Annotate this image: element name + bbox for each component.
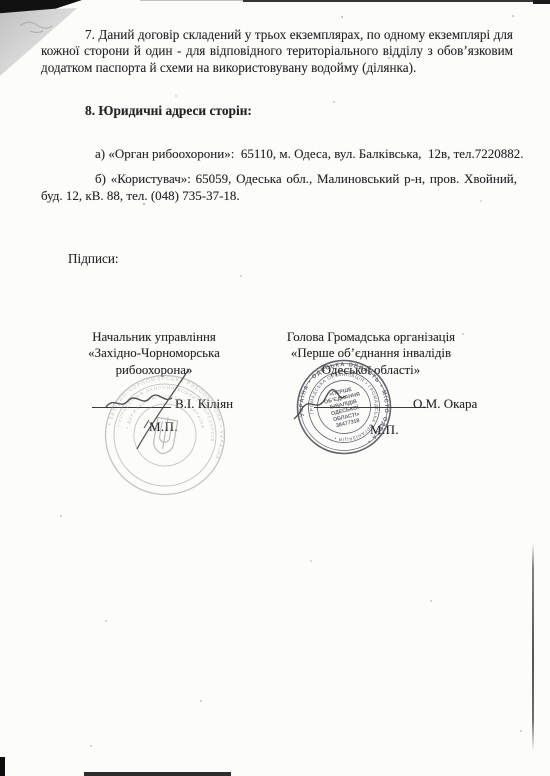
left-signatory-name: В.І. Кіліян — [175, 396, 233, 412]
right-title-line-1: Голова Громадська організація — [282, 329, 460, 345]
document-page: 7. Даний договір складений у трьох екзем… — [0, 0, 550, 776]
scan-top-right-mark — [533, 0, 550, 4]
section-8-heading: 8. Юридичні адреси сторін: — [85, 103, 252, 119]
left-round-stamp: • ЗАХІДНО-ЧОРНОМОРСЬКА РИБООХОРОНА • УКР… — [102, 372, 228, 498]
scan-top-edge-faint-line — [140, 0, 248, 1]
scan-bottom-edge-band — [84, 772, 231, 776]
right-title-line-2: «Перше об’єднання інвалідів — [282, 345, 460, 361]
svg-text:ОБЛАСТІ»: ОБЛАСТІ» — [333, 411, 361, 423]
right-signatory-name: О.М. Окара — [413, 396, 477, 412]
right-signature-line — [314, 394, 426, 408]
left-title-line-2: «Західно-Чорноморська — [72, 345, 236, 361]
right-seal-note: М.П. — [370, 422, 399, 438]
address-item-a: а) «Орган рибоохорони»: 65110, м. Одеса,… — [95, 146, 524, 162]
signatures-label: Підписи: — [68, 251, 119, 267]
right-title-line-3: Одеської області» — [282, 362, 460, 378]
scan-top-edge-dark-line — [243, 0, 550, 2]
left-seal-note: М.П. — [149, 419, 178, 435]
right-signatory-title: Голова Громадська організація «Перше об’… — [282, 329, 460, 378]
left-signature-line — [92, 394, 171, 408]
left-title-line-3: рибоохорона» — [72, 362, 236, 378]
svg-text:38477318: 38477318 — [335, 418, 360, 429]
address-item-b: б) «Користувач»: 65059, Одеська обл., Ма… — [41, 170, 517, 204]
handwriting-overlay — [0, 0, 550, 776]
scan-bottom-left-mark — [0, 757, 5, 776]
scan-right-edge-line — [532, 543, 534, 751]
left-stamp-outer-ring-text: • ЗАХІДНО-ЧОРНОМОРСЬКА РИБООХОРОНА • УКР… — [104, 372, 228, 461]
scan-corner-scratch — [16, 14, 68, 36]
paragraph-7: 7. Даний договір складений у трьох екзем… — [41, 27, 513, 76]
left-signatory-title: Начальник управління «Західно-Чорноморсь… — [72, 329, 236, 378]
left-title-line-1: Начальник управління — [72, 329, 236, 345]
